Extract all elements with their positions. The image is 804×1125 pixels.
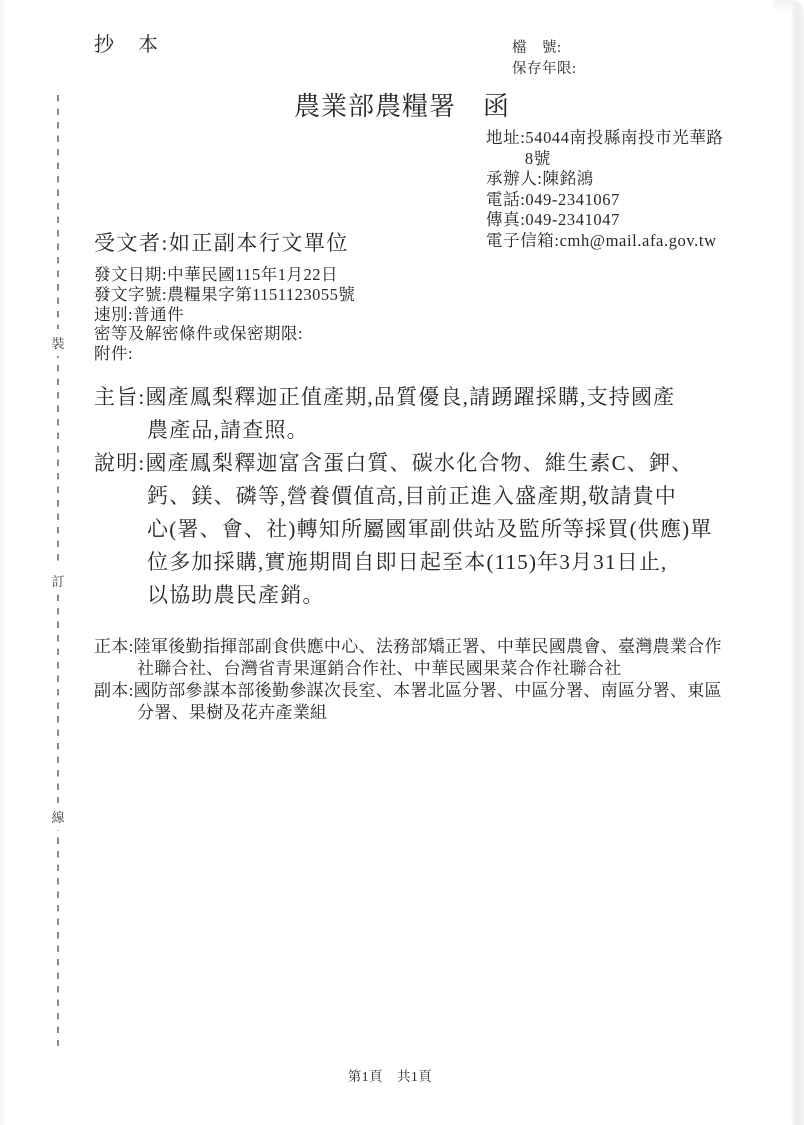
- file-number-label: 檔 號:: [512, 38, 577, 59]
- security-class-line: 密等及解密條件或保密期限:: [94, 324, 355, 344]
- sender-email-line: 電子信箱:cmh@mail.afa.gov.tw: [486, 231, 724, 252]
- sender-contact-person-line: 承辦人:陳銘鴻: [486, 169, 724, 190]
- sender-address-line2: 8號: [486, 149, 724, 170]
- description-paragraph: 說明:國產鳳梨釋迦富含蛋白質、碳水化合物、維生素C、鉀、 鈣、鎂、磷等,營養價值…: [94, 447, 747, 612]
- document-page: 抄 本 檔 號: 保存年限: 農業部農糧署 函 地址:54044南投縣南投市光華…: [0, 0, 804, 1125]
- sender-contact-block: 地址:54044南投縣南投市光華路 8號 承辦人:陳銘鴻 電話:049-2341…: [486, 128, 724, 252]
- document-number-line: 發文字號:農糧果字第1151123055號: [94, 285, 355, 305]
- sender-address-line: 地址:54044南投縣南投市光華路: [486, 128, 724, 149]
- issue-date-line: 發文日期:中華民國115年1月22日: [94, 265, 355, 285]
- copy-recipients-text: 國防部參謀本部後勤參謀次長室、本署北區分署、中區分署、南區分署、東區 分署、果樹…: [134, 681, 722, 722]
- speed-class-line: 速別:普通件: [94, 305, 355, 325]
- scan-corner-top-right: [774, 0, 804, 12]
- recipient-line: 受文者:如正副本行文單位: [94, 227, 349, 257]
- description-label: 說明:: [94, 451, 145, 475]
- document-title: 農業部農糧署 函: [0, 86, 804, 123]
- binding-mark-ding: 訂: [50, 567, 66, 594]
- sender-fax-line: 傳真:049-2341047: [486, 210, 724, 231]
- original-recipients-text: 陸軍後勤指揮部副食供應中心、法務部矯正署、中華民國農會、臺灣農業合作 社聯合社、…: [134, 637, 722, 678]
- attachment-line: 附件:: [94, 344, 355, 364]
- copy-label: 抄 本: [94, 28, 160, 57]
- scan-edge-right: [790, 0, 804, 1125]
- copy-recipients-paragraph: 副本:國防部參謀本部後勤參謀次長室、本署北區分署、中區分署、南區分署、東區 分署…: [94, 680, 747, 724]
- page-footer: 第1頁 共1頁: [0, 1065, 780, 1085]
- original-recipients-paragraph: 正本:陸軍後勤指揮部副食供應中心、法務部矯正署、中華民國農會、臺灣農業合作 社聯…: [94, 636, 747, 680]
- scan-edge-left: [0, 0, 7, 1125]
- binding-mark-zhuang: 裝: [50, 329, 66, 356]
- original-recipients-label: 正本:: [94, 637, 134, 656]
- subject-paragraph: 主旨:國產鳳梨釋迦正值產期,品質優良,請踴躍採購,支持國產 農產品,請查照。: [94, 381, 747, 447]
- sender-phone-line: 電話:049-2341067: [486, 190, 724, 211]
- document-meta-block: 發文日期:中華民國115年1月22日 發文字號:農糧果字第1151123055號…: [94, 265, 355, 364]
- subject-label: 主旨:: [94, 385, 145, 409]
- subject-text: 國產鳳梨釋迦正值產期,品質優良,請踴躍採購,支持國產 農產品,請查照。: [145, 385, 675, 442]
- retention-period-label: 保存年限:: [512, 59, 577, 80]
- binding-mark-xian: 線: [50, 803, 66, 830]
- file-number-block: 檔 號: 保存年限:: [512, 38, 577, 80]
- description-text: 國產鳳梨釋迦富含蛋白質、碳水化合物、維生素C、鉀、 鈣、鎂、磷等,營養價值高,目…: [145, 451, 712, 607]
- copy-recipients-label: 副本:: [94, 681, 134, 700]
